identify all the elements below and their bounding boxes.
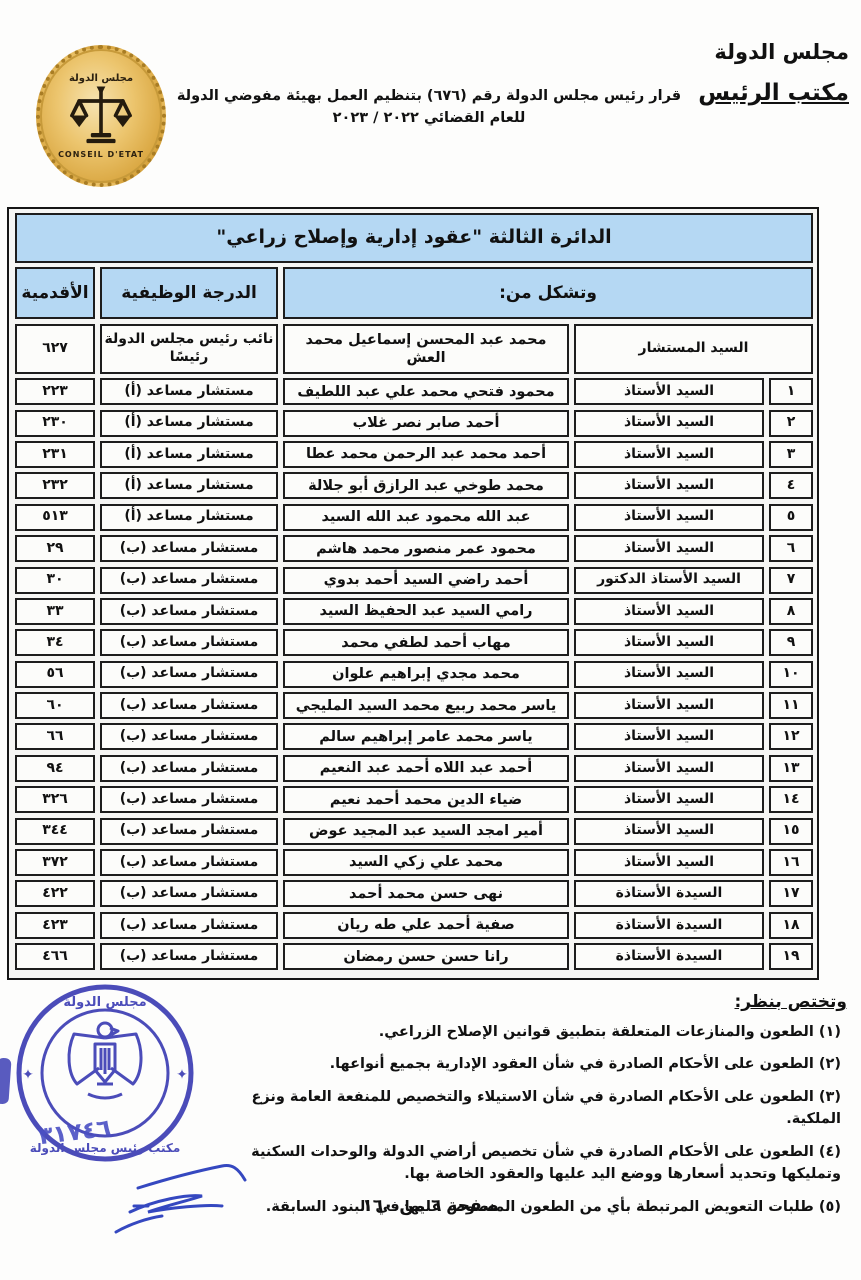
row-honorific: السيد الأستاذ bbox=[574, 441, 764, 468]
row-grade: مستشار مساعد (ب) bbox=[100, 786, 278, 813]
row-number: ٧ bbox=[769, 567, 813, 594]
row-name: أحمد عبد اللاه أحمد عبد النعيم bbox=[283, 755, 569, 782]
row-number: ١٨ bbox=[769, 912, 813, 939]
row-grade: مستشار مساعد (ب) bbox=[100, 880, 278, 907]
svg-text:مجلس الدولة: مجلس الدولة bbox=[63, 995, 146, 1010]
row-name: محمود فتحي محمد علي عبد اللطيف bbox=[283, 378, 569, 405]
row-grade: مستشار مساعد (ب) bbox=[100, 912, 278, 939]
row-number: ١٢ bbox=[769, 723, 813, 750]
row-honorific: السيد الأستاذ الدكتور bbox=[574, 567, 764, 594]
row-grade: مستشار مساعد (ب) bbox=[100, 943, 278, 970]
row-number: ٥ bbox=[769, 504, 813, 531]
row-honorific: السيد الأستاذ bbox=[574, 472, 764, 499]
svg-text:✦: ✦ bbox=[176, 1067, 188, 1083]
row-number: ١٦ bbox=[769, 849, 813, 876]
row-honorific: السيد الأستاذ bbox=[574, 818, 764, 845]
scales-of-justice-icon bbox=[64, 85, 138, 149]
row-grade: مستشار مساعد (ب) bbox=[100, 692, 278, 719]
row-name: محمود عمر منصور محمد هاشم bbox=[283, 535, 569, 562]
row-name: أحمد محمد عبد الرحمن محمد عطا bbox=[283, 441, 569, 468]
row-name: ياسر محمد ربيع محمد السيد المليجي bbox=[283, 692, 569, 719]
row-honorific: السيد الأستاذ bbox=[574, 598, 764, 625]
row-number: ١٩ bbox=[769, 943, 813, 970]
row-seniority: ٥٦ bbox=[15, 661, 95, 688]
row-honorific: السيدة الأستاذة bbox=[574, 943, 764, 970]
row-number: ١٧ bbox=[769, 880, 813, 907]
row-seniority: ٣٢٦ bbox=[15, 786, 95, 813]
jurisdiction-section: وتختص بنظر: (١) الطعون والمنازعات المتعل… bbox=[239, 992, 847, 1228]
row-grade: مستشار مساعد (أ) bbox=[100, 472, 278, 499]
row-grade: مستشار مساعد (ب) bbox=[100, 818, 278, 845]
row-honorific: السيد الأستاذ bbox=[574, 723, 764, 750]
row-honorific: السيد الأستاذ bbox=[574, 849, 764, 876]
row-number: ٤ bbox=[769, 472, 813, 499]
row-number: ٩ bbox=[769, 629, 813, 656]
row-name: ياسر محمد عامر إبراهيم سالم bbox=[283, 723, 569, 750]
row-seniority: ٣٤ bbox=[15, 629, 95, 656]
row-seniority: ٣٣ bbox=[15, 598, 95, 625]
row-grade: مستشار مساعد (أ) bbox=[100, 504, 278, 531]
circuit-roster-table: الدائرة الثالثة "عقود إدارية وإصلاح زراع… bbox=[7, 207, 819, 980]
jurisdiction-item: (٤) الطعون على الأحكام الصادرة في شأن تخ… bbox=[239, 1141, 847, 1186]
row-seniority: ٢٩ bbox=[15, 535, 95, 562]
row-name: أحمد راضي السيد أحمد بدوي bbox=[283, 567, 569, 594]
row-name: محمد مجدي إبراهيم علوان bbox=[283, 661, 569, 688]
row-number: ١٥ bbox=[769, 818, 813, 845]
row-seniority: ٢٣١ bbox=[15, 441, 95, 468]
jurisdiction-item: (٣) الطعون على الأحكام الصادرة في شأن ال… bbox=[239, 1086, 847, 1131]
row-number: ٦ bbox=[769, 535, 813, 562]
row-honorific: السيد الأستاذ bbox=[574, 535, 764, 562]
row-name: ضياء الدين محمد أحمد نعيم bbox=[283, 786, 569, 813]
row-honorific: السيد الأستاذ bbox=[574, 692, 764, 719]
row-number: ٣ bbox=[769, 441, 813, 468]
row-name: أمير امجد السيد عبد المجيد عوض bbox=[283, 818, 569, 845]
row-honorific: السيد الأستاذ bbox=[574, 504, 764, 531]
row-seniority: ٣٤٤ bbox=[15, 818, 95, 845]
row-seniority: ٩٤ bbox=[15, 755, 95, 782]
row-name: نهى حسن محمد أحمد bbox=[283, 880, 569, 907]
row-name: محمد علي زكي السيد bbox=[283, 849, 569, 876]
row-seniority: ٢٣٢ bbox=[15, 472, 95, 499]
chief-name: محمد عبد المحسن إسماعيل محمد العش bbox=[283, 324, 569, 374]
row-grade: مستشار مساعد (ب) bbox=[100, 849, 278, 876]
row-grade: مستشار مساعد (ب) bbox=[100, 661, 278, 688]
row-seniority: ٢٣٠ bbox=[15, 410, 95, 437]
row-honorific: السيد الأستاذ bbox=[574, 378, 764, 405]
row-name: رانا حسن حسن رمضان bbox=[283, 943, 569, 970]
row-seniority: ٤٢٣ bbox=[15, 912, 95, 939]
row-name: محمد طوخي عبد الرازق أبو جلالة bbox=[283, 472, 569, 499]
row-honorific: السيد الأستاذ bbox=[574, 661, 764, 688]
row-seniority: ٦٠ bbox=[15, 692, 95, 719]
jurisdiction-item: (١) الطعون والمنازعات المتعلقة بتطبيق قو… bbox=[239, 1021, 847, 1043]
row-name: رامي السيد عبد الحفيظ السيد bbox=[283, 598, 569, 625]
column-header-grade: الدرجة الوظيفية bbox=[100, 267, 278, 319]
seal-arabic-text: مجلس الدولة bbox=[69, 73, 133, 84]
row-seniority: ٤٢٢ bbox=[15, 880, 95, 907]
row-name: عبد الله محمود عبد الله السيد bbox=[283, 504, 569, 531]
chief-grade: نائب رئيس مجلس الدولة رئيسًا bbox=[100, 324, 278, 374]
row-name: أحمد صابر نصر غلاب bbox=[283, 410, 569, 437]
svg-text:✦: ✦ bbox=[22, 1067, 34, 1083]
column-header-composition: وتشكل من: bbox=[283, 267, 813, 319]
row-grade: مستشار مساعد (ب) bbox=[100, 598, 278, 625]
row-seniority: ٢٢٣ bbox=[15, 378, 95, 405]
row-seniority: ٤٦٦ bbox=[15, 943, 95, 970]
row-honorific: السيد الأستاذ bbox=[574, 629, 764, 656]
row-grade: مستشار مساعد (ب) bbox=[100, 629, 278, 656]
council-gold-seal: مجلس الدولة CONSEIL D'ETAT bbox=[36, 45, 166, 187]
row-number: ١٠ bbox=[769, 661, 813, 688]
row-honorific: السيد الأستاذ bbox=[574, 786, 764, 813]
ink-smudge bbox=[0, 1058, 12, 1105]
chief-seniority: ٦٢٧ bbox=[15, 324, 95, 374]
row-seniority: ٦٦ bbox=[15, 723, 95, 750]
row-grade: مستشار مساعد (أ) bbox=[100, 378, 278, 405]
seal-latin-text: CONSEIL D'ETAT bbox=[58, 150, 144, 159]
jurisdiction-heading: وتختص بنظر: bbox=[239, 992, 847, 1012]
row-honorific: السيد الأستاذ bbox=[574, 755, 764, 782]
row-grade: مستشار مساعد (ب) bbox=[100, 755, 278, 782]
eagle-emblem-icon bbox=[69, 1023, 141, 1098]
row-number: ١٣ bbox=[769, 755, 813, 782]
row-grade: مستشار مساعد (أ) bbox=[100, 441, 278, 468]
row-honorific: السيدة الأستاذة bbox=[574, 912, 764, 939]
row-number: ١١ bbox=[769, 692, 813, 719]
row-honorific: السيدة الأستاذة bbox=[574, 880, 764, 907]
row-name: صفية أحمد علي طه ريان bbox=[283, 912, 569, 939]
row-grade: مستشار مساعد (ب) bbox=[100, 567, 278, 594]
column-header-seniority: الأقدمية bbox=[15, 267, 95, 319]
row-grade: مستشار مساعد (أ) bbox=[100, 410, 278, 437]
chief-honorific: السيد المستشار bbox=[574, 324, 813, 374]
decree-title: قرار رئيس مجلس الدولة رقم (٦٧٦) بتنظيم ا… bbox=[165, 86, 693, 130]
row-seniority: ٣٧٢ bbox=[15, 849, 95, 876]
row-name: مهاب أحمد لطفي محمد bbox=[283, 629, 569, 656]
jurisdiction-item: (٢) الطعون على الأحكام الصادرة في شأن ال… bbox=[239, 1053, 847, 1075]
row-honorific: السيد الأستاذ bbox=[574, 410, 764, 437]
row-grade: مستشار مساعد (ب) bbox=[100, 535, 278, 562]
row-number: ١ bbox=[769, 378, 813, 405]
row-number: ٢ bbox=[769, 410, 813, 437]
row-seniority: ٥١٣ bbox=[15, 504, 95, 531]
page-number: صفحة ٦ من ١٦٠ bbox=[0, 1196, 861, 1216]
circuit-title: الدائرة الثالثة "عقود إدارية وإصلاح زراع… bbox=[15, 213, 813, 263]
row-number: ٨ bbox=[769, 598, 813, 625]
row-seniority: ٣٠ bbox=[15, 567, 95, 594]
row-grade: مستشار مساعد (ب) bbox=[100, 723, 278, 750]
row-number: ١٤ bbox=[769, 786, 813, 813]
document-page: مجلس الدولة مكتب الرئيس قرار رئيس مجلس ا… bbox=[0, 0, 861, 1280]
